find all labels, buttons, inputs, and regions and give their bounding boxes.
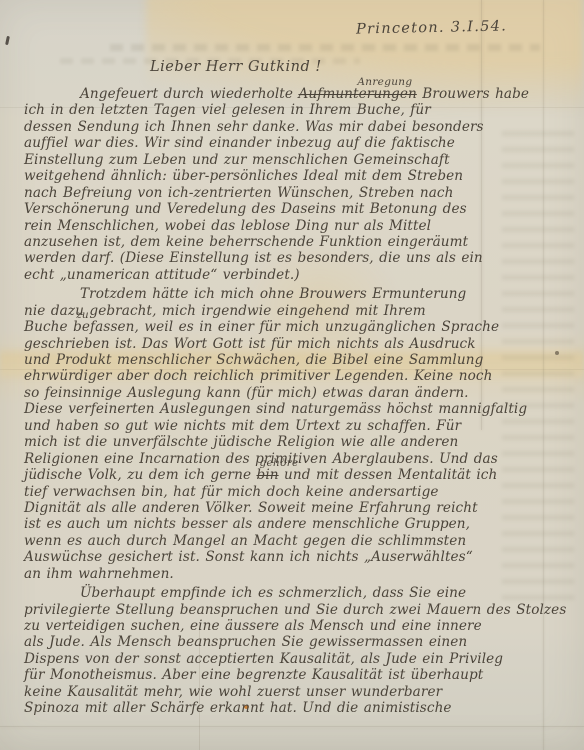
bleed-through-text (110, 44, 540, 51)
letter-line: und Produkt menschlicher Schwächen, die … (24, 352, 580, 368)
letter-line: Angefeuert durch wiederholte Aufmunterun… (24, 86, 580, 102)
letter-line: tief verwachsen bin, hat für mich doch k… (24, 484, 580, 500)
letter-line: werden darf. (Diese Einstellung ist es b… (24, 250, 580, 266)
letter-line: nie dazu gebracht, mich irgendwie eingeh… (24, 303, 580, 319)
letter-line: dessen Sendung ich Ihnen sehr danke. Was… (24, 119, 580, 135)
letter-body: Angefeuert durch wiederholte Aufmunterun… (24, 86, 580, 717)
inserted-word: Anregung (301, 77, 412, 87)
inserted-word: zu (76, 310, 89, 320)
ink-speck (5, 36, 10, 45)
paragraph: Überhaupt empfinde ich es schmerzlich, d… (24, 585, 580, 717)
letter-line: weitgehend ähnlich: über-persönliches Id… (24, 168, 580, 184)
paragraph: Trotzdem hätte ich mich ohne Brouwers Er… (24, 286, 580, 582)
letter-line: nach Befreiung von ich-zentrierten Wünsc… (24, 185, 580, 201)
letter-line: so feinsinnige Auslegung kann (für mich)… (24, 385, 580, 401)
letter-line: Dignität als alle anderen Völker. Soweit… (24, 500, 580, 516)
fold-crease-horizontal (0, 726, 584, 727)
letter-line: wenn es auch durch Mangel an Macht gegen… (24, 533, 580, 549)
letter-line: Auswüchse gesichert ist. Sonst kann ich … (24, 549, 580, 565)
struck-word: bingehöre (257, 467, 279, 483)
letter-line: Religionen eine Incarnation des primitiv… (24, 451, 580, 467)
letter-line: geschrieben ist. Das Wort Gott ist für m… (24, 336, 580, 352)
letter-line: privilegierte Stellung beanspruchen und … (24, 602, 580, 618)
letter-line: an ihm wahrnehmen. (24, 566, 580, 582)
letter-line: Diese verfeinerten Auslegungen sind natu… (24, 401, 580, 417)
letter-line: Einstellung zum Leben und zur menschlich… (24, 152, 580, 168)
inserted-word: gehöre (260, 458, 299, 468)
corrected-word: befassen,zu (73, 319, 139, 335)
letter-line: Überhaupt empfinde ich es schmerzlich, d… (24, 585, 580, 601)
paragraph: Angefeuert durch wiederholte Aufmunterun… (24, 86, 580, 283)
letter-line: für Monotheismus. Aber eine begrenzte Ka… (24, 667, 580, 683)
letter-line: ehrwürdiger aber doch reichlich primitiv… (24, 368, 580, 384)
letter-line: anzusehen ist, dem keine beherrschende F… (24, 234, 580, 250)
salutation: Lieber Herr Gutkind ! (150, 59, 322, 75)
letter-line: jüdische Volk, zu dem ich gerne bingehör… (24, 467, 580, 483)
letter-line: Dispens von der sonst acceptierten Kausa… (24, 651, 580, 667)
letter-line: und haben so gut wie nichts mit dem Urte… (24, 418, 580, 434)
letter-line: rein Menschlichen, wobei das leblose Din… (24, 218, 580, 234)
letter-line: ich in den letzten Tagen viel gelesen in… (24, 102, 580, 118)
letter-line: mich ist die unverfälschte jüdische Reli… (24, 434, 580, 450)
letter-page: Princeton. 3.I.54. Lieber Herr Gutkind !… (0, 0, 584, 750)
letter-line: auffiel war dies. Wir sind einander inbe… (24, 135, 580, 151)
letter-line: echt „unamerican attitude“ verbindet.) (24, 267, 580, 283)
letter-line: als Jude. Als Mensch beanspruchen Sie ge… (24, 634, 580, 650)
letter-line: Buche befassen,zu weil es in einer für m… (24, 319, 580, 335)
letter-line: Spinoza mit aller Schärfe erkannt hat. U… (24, 700, 580, 716)
date-line: Princeton. 3.I.54. (356, 18, 507, 37)
letter-line: zu verteidigen suchen, eine äussere als … (24, 618, 580, 634)
letter-line: ist es auch um nichts besser als andere … (24, 516, 580, 532)
letter-line: Verschönerung und Veredelung des Daseins… (24, 201, 580, 217)
letter-line: Trotzdem hätte ich mich ohne Brouwers Er… (24, 286, 580, 302)
struck-word: AufmunterungenAnregung (298, 86, 416, 102)
letter-line: keine Kausalität mehr, wie wohl zuerst u… (24, 684, 580, 700)
